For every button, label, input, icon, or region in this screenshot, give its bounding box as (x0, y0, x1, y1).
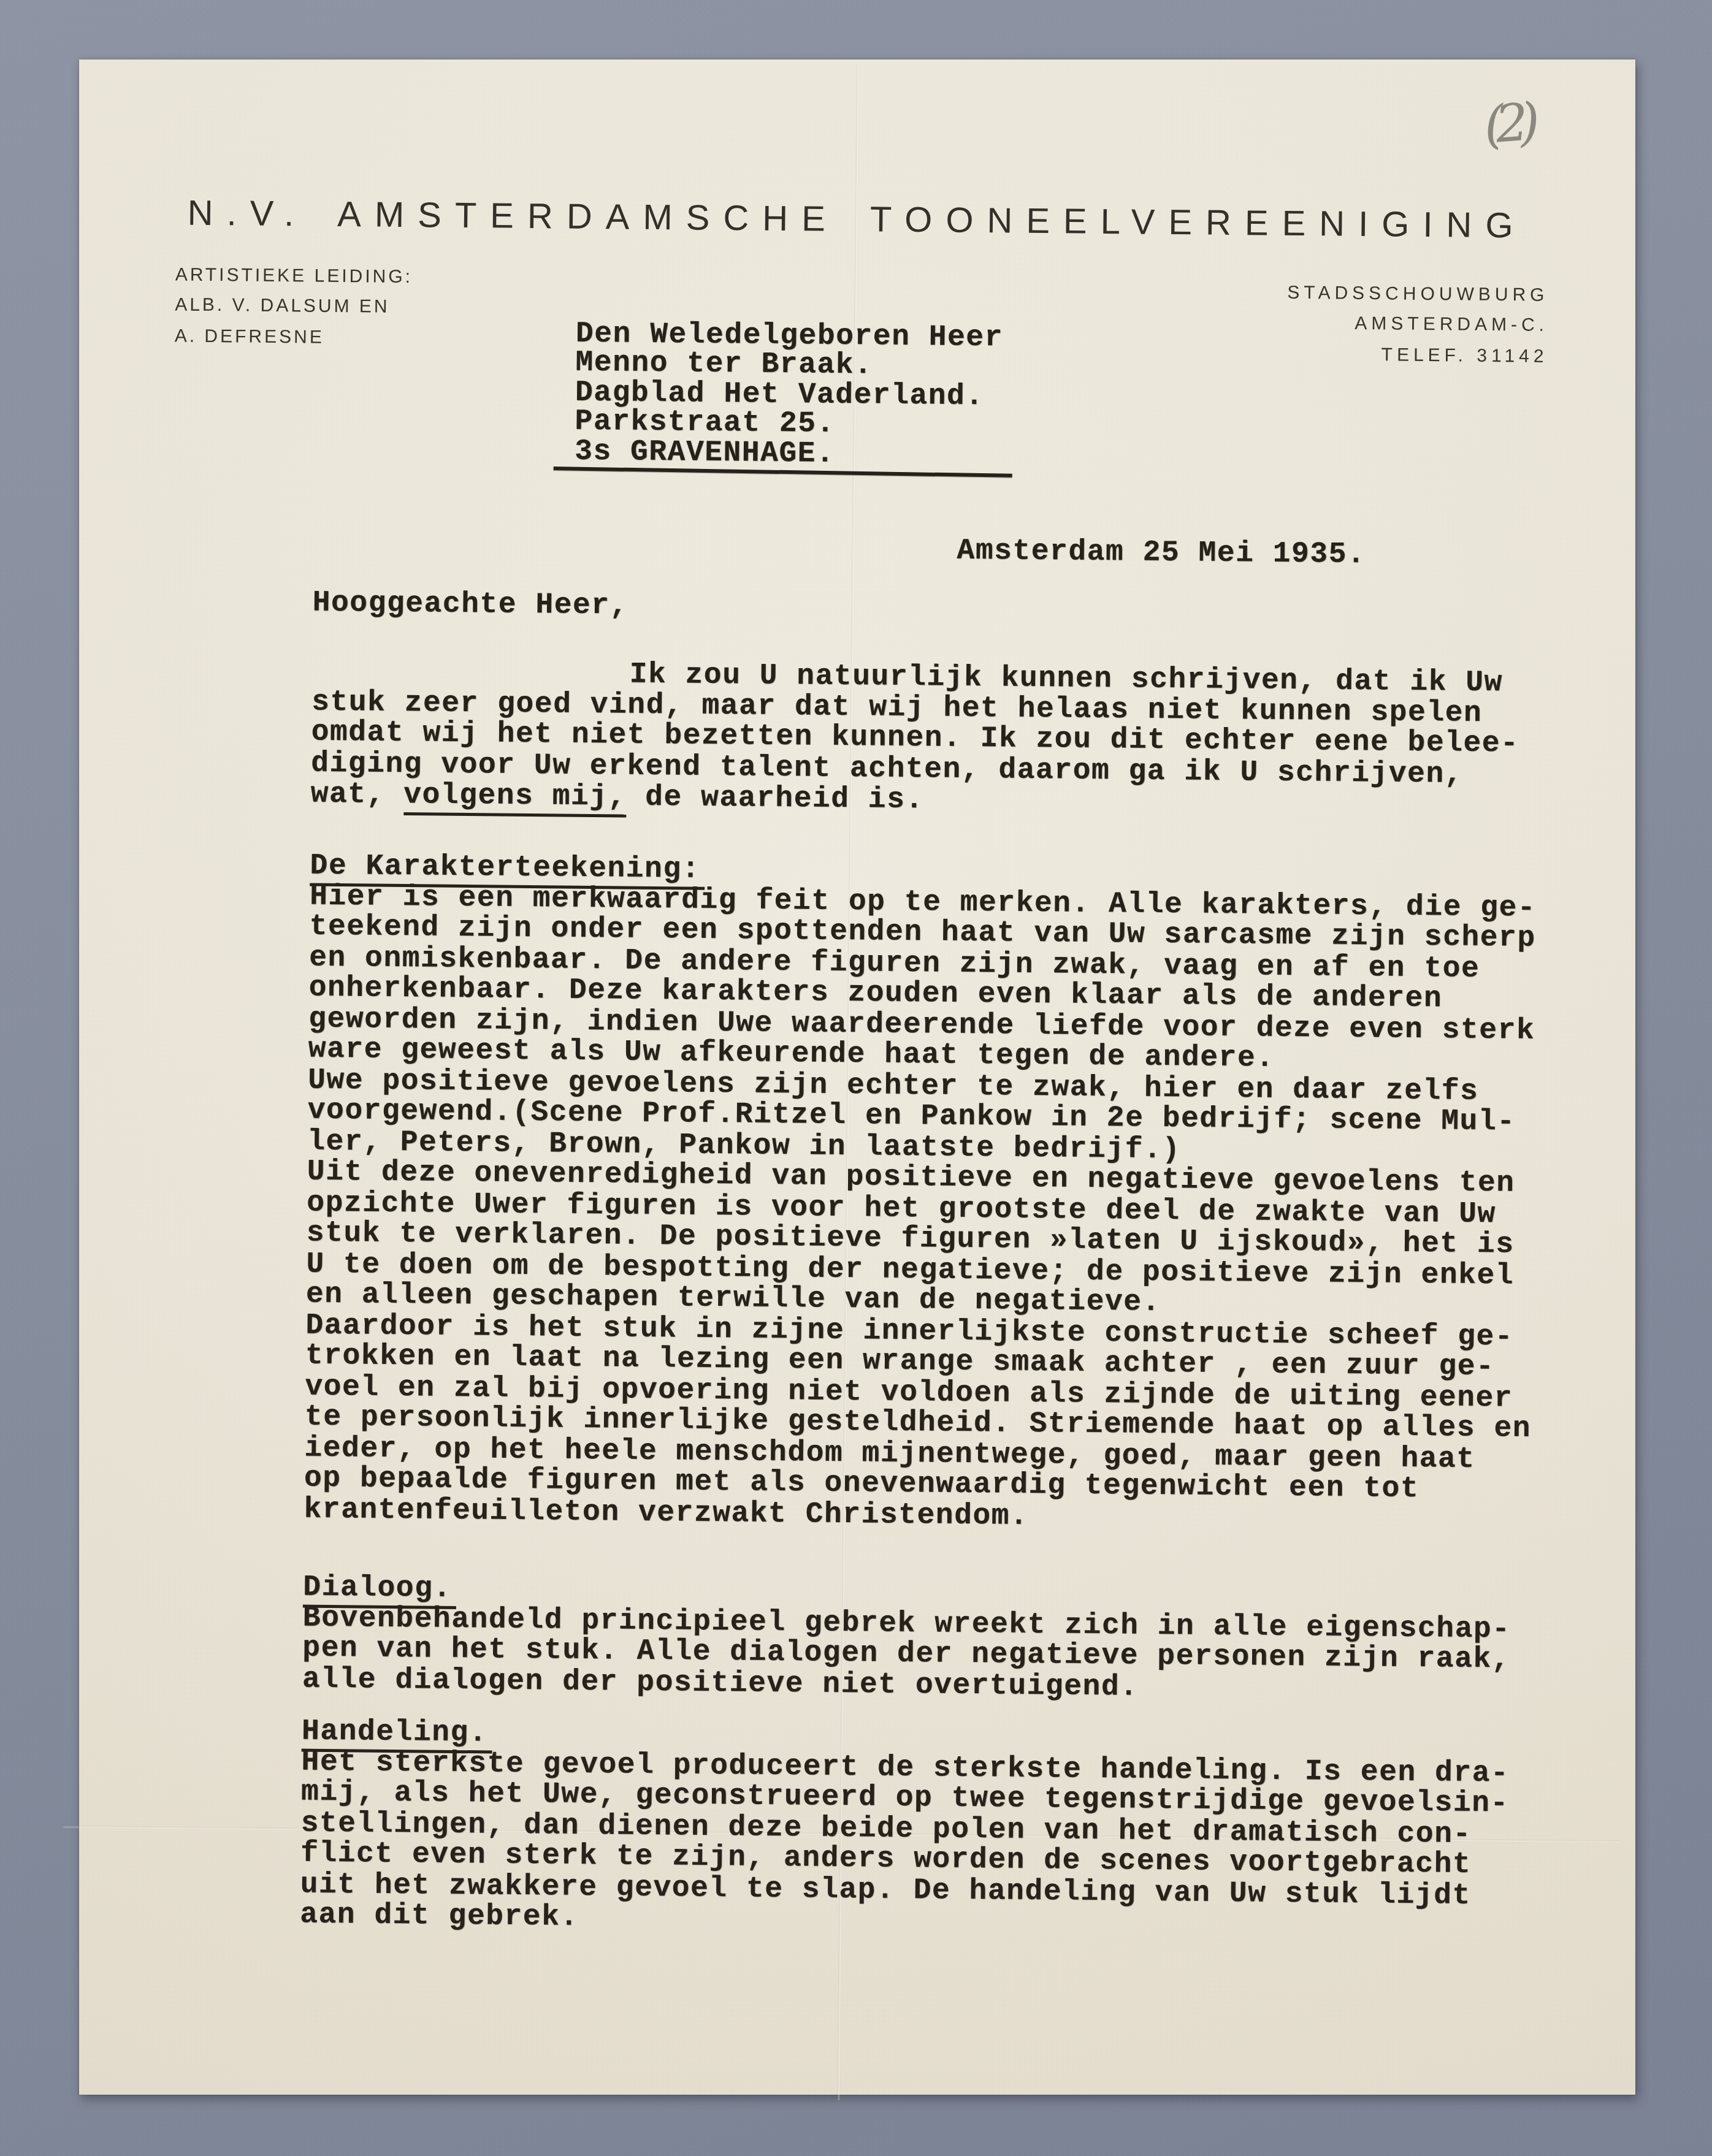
text-line: 3s GRAVENHAGE. (575, 437, 1002, 471)
text-line: STADSSCHOUWBURG (1287, 278, 1549, 311)
text-segment: wat, (310, 778, 403, 812)
letterhead-company-name: N.V. AMSTERDAMSCHE TOONEELVEREENIGING (78, 191, 1635, 247)
section-lines: Het sterkste gevoel produceert de sterks… (300, 1747, 1602, 1943)
date-line: Amsterdam 25 Mei 1935. (957, 535, 1366, 571)
section-karakterteekening: De Karakterteekening: Hier is een merkwa… (304, 850, 1610, 1537)
scan-background: (2) N.V. AMSTERDAMSCHE TOONEELVEREENIGIN… (0, 0, 1712, 2156)
section-handeling: Handeling. Het sterkste gevoel produceer… (300, 1716, 1602, 1943)
recipient-address-block: Den Weledelgeboren HeerMenno ter Braak.D… (575, 319, 1003, 470)
text-line: Dagblad Het Vaderland. (575, 378, 1003, 412)
text-line: AMSTERDAM-C. (1287, 308, 1549, 341)
letter-paper: (2) N.V. AMSTERDAMSCHE TOONEELVEREENIGIN… (79, 59, 1635, 2095)
paragraph-1-middle-lines: stuk zeer goed vind, maar dat wij het he… (311, 687, 1611, 791)
section-lines: Hier is een merkwaardig feit op te merke… (304, 881, 1610, 1537)
text-segment: de waarheid is. (627, 781, 924, 817)
text-line: A. DEFRESNE (175, 321, 413, 354)
letterhead-theatre-address: STADSSCHOUWBURGAMSTERDAM-C.TELEF. 31142 (1286, 278, 1549, 372)
text-line: Den Weledelgeboren Heer (576, 319, 1003, 353)
text-line: ARTISTIEKE LEIDING: (175, 260, 413, 293)
text-line: ALB. V. DALSUM EN (175, 290, 413, 323)
letter-body: Hooggeachte Heer, Ik zou U natuurlijk ku… (300, 587, 1613, 1943)
letter-content: (2) N.V. AMSTERDAMSCHE TOONEELVEREENIGIN… (61, 58, 1637, 2108)
body-paragraph-1: Ik zou U natuurlijk kunnen schrijven, da… (310, 656, 1611, 821)
salutation: Hooggeachte Heer, (312, 588, 1612, 631)
pencil-page-number: (2) (1482, 91, 1534, 155)
underlined-phrase: volgens mij, (403, 779, 627, 817)
section-lines: Bovenbehandeld principieel gebrek wreekt… (302, 1602, 1603, 1707)
section-dialoog: Dialoog. Bovenbehandeld principieel gebr… (302, 1572, 1603, 1707)
letterhead-artistic-direction: ARTISTIEKE LEIDING:ALB. V. DALSUM ENA. D… (175, 259, 413, 354)
text-line: TELEF. 31142 (1286, 340, 1548, 373)
